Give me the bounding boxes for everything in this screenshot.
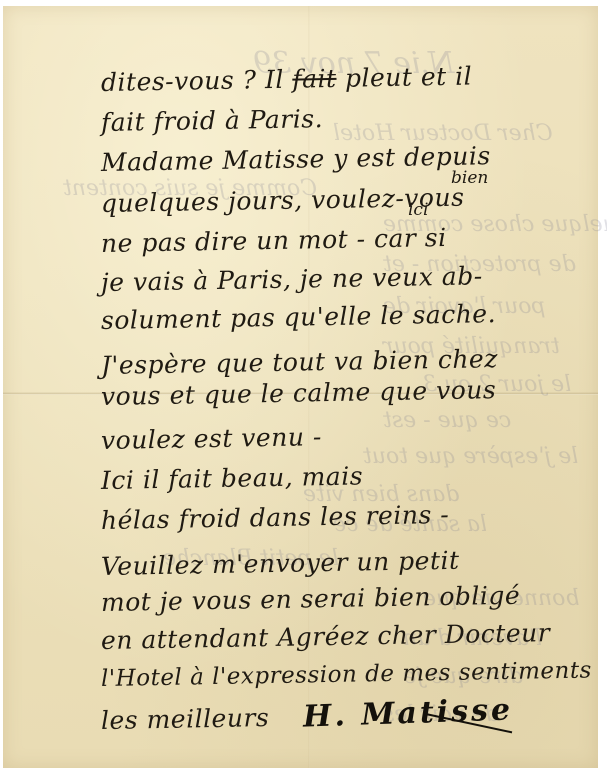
bleed-through-text: ce que - est xyxy=(383,408,511,433)
letter-line-5: ne pas dire un mot - car si xyxy=(101,223,447,258)
letter-line-17: les meilleurs xyxy=(101,703,270,735)
letter-line-6: je vais à Paris, je ne veux ab- xyxy=(101,261,483,297)
letter-line-7: solument pas qu'elle le sache. xyxy=(101,299,497,335)
line-text: dites-vous ? Il xyxy=(101,65,293,97)
letter-line-13: Veuillez m'envoyer un petit xyxy=(101,546,460,581)
letter-line-3: Madame Matisse y est depuis xyxy=(101,141,491,177)
struck-out-word: fait xyxy=(292,64,337,94)
letter-line-2: fait froid à Paris. xyxy=(101,104,324,137)
letter-line-1: dites-vous ? Il fait pleut et il xyxy=(101,62,473,97)
letter-line-15: en attendant Agréez cher Docteur xyxy=(101,618,551,655)
insertion-bien: bien xyxy=(451,168,488,188)
letter-line-10: voulez est venu - xyxy=(101,422,322,455)
letter-line-9: vous et que le calme que vous xyxy=(101,375,497,411)
insertion-ici: ici xyxy=(408,200,428,220)
signature: H. Matisse xyxy=(302,692,513,734)
letter-line-11: Ici il fait beau, mais xyxy=(101,461,364,495)
letter-line-14: mot je vous en serai bien obligé xyxy=(101,581,521,617)
letter-line-8: J'espère que tout va bien chez xyxy=(101,344,498,380)
letter-line-12: hélas froid dans les reins - xyxy=(101,500,450,535)
line-text: pleut et il xyxy=(336,62,472,93)
bleed-through-text: le j'espère que tout xyxy=(363,444,578,469)
letter-line-16: l'Hotel à l'expression de mes sentiments xyxy=(101,657,592,692)
letter-paper: N.ie 7 nov 39 Cher Docteur Hotel Comme j… xyxy=(3,6,598,768)
